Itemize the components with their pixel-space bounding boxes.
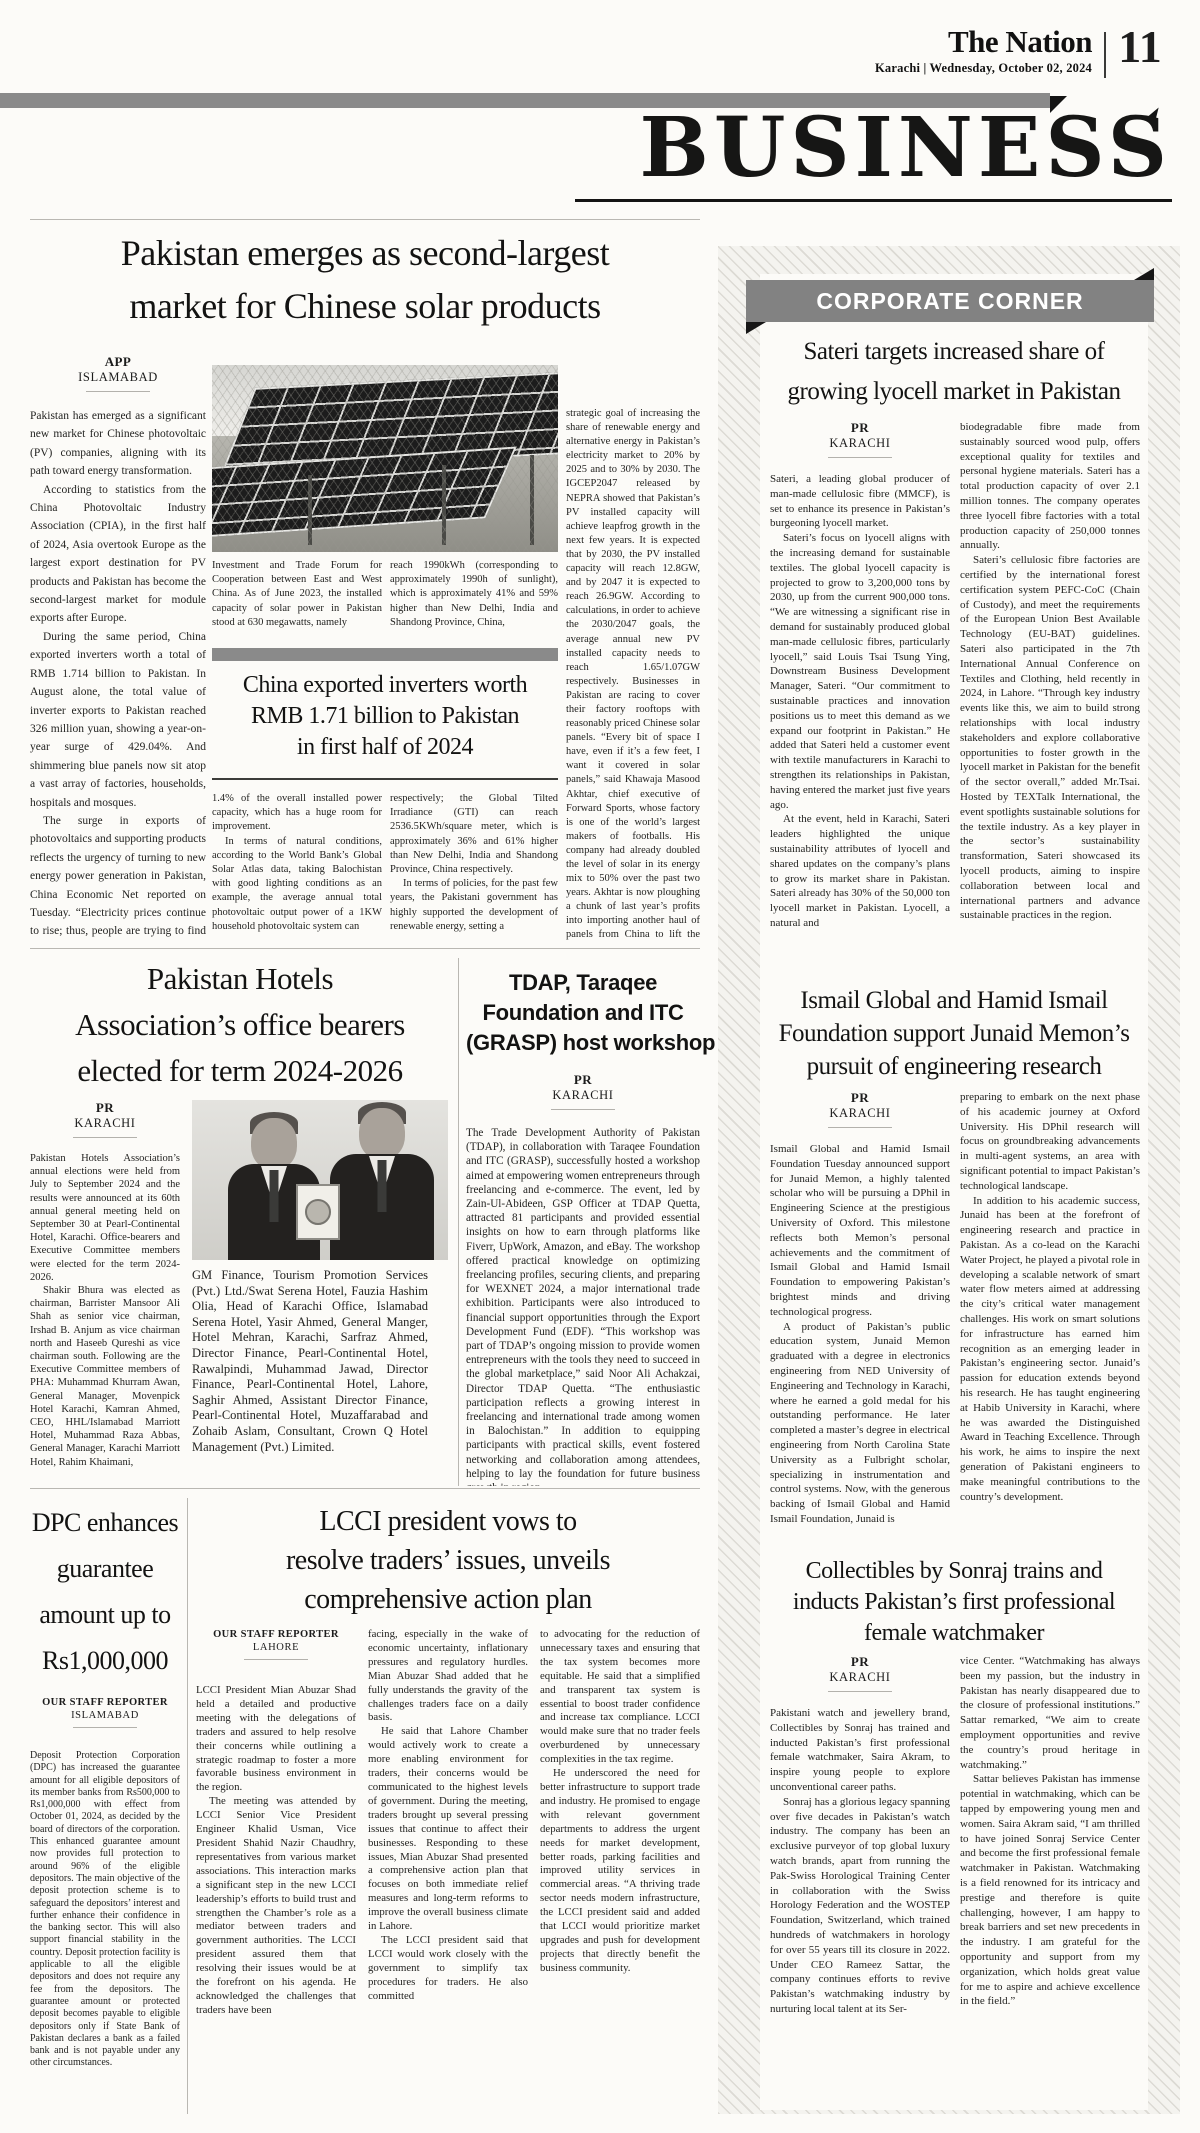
- solar-panels-photo: [212, 365, 558, 552]
- sateri-article-column-1: Sateri, a leading global producer of man…: [770, 472, 950, 968]
- byline-agency: PR: [30, 1100, 180, 1116]
- hotels-article-headline: Pakistan HotelsAssociation’s office bear…: [20, 956, 460, 1094]
- solar-article-headline: Pakistan emerges as second-largestmarket…: [30, 227, 700, 333]
- byline-agency: PR: [770, 1090, 950, 1106]
- solar-article-cont-b: respectively; the Global Tilted Irradian…: [390, 792, 558, 940]
- section-underline: [575, 199, 1172, 202]
- dpc-article-byline: OUR STAFF REPORTER ISLAMABAD: [28, 1696, 182, 1728]
- page-number: 11: [1108, 22, 1172, 72]
- tdap-article-body: The Trade Development Authority of Pakis…: [466, 1126, 700, 1486]
- pull-quote-text: China exported inverters worthRMB 1.71 b…: [212, 661, 558, 763]
- solar-pull-quote: China exported inverters worthRMB 1.71 b…: [212, 648, 558, 780]
- paper-name: The Nation: [700, 26, 1092, 58]
- byline-city: KARACHI: [30, 1116, 180, 1132]
- sateri-article-headline: Sateri targets increased share ofgrowing…: [762, 332, 1146, 412]
- byline-agency: APP: [30, 354, 206, 370]
- official-right: [330, 1108, 434, 1260]
- sonraj-article-column-2: vice Center. “Watchmaking has always bee…: [960, 1654, 1140, 2114]
- byline-agency: PR: [770, 420, 950, 436]
- pha-officials-photo: [192, 1100, 448, 1260]
- newspaper-page: The Nation Karachi | Wednesday, October …: [0, 0, 1200, 2133]
- sonraj-article-byline: PR KARACHI: [770, 1654, 950, 1692]
- divider: [30, 1488, 700, 1489]
- ismail-article-column-1: Ismail Global and Hamid Ismail Foundatio…: [770, 1142, 950, 1538]
- byline-city: ISLAMABAD: [28, 1709, 182, 1722]
- hotels-article-column-1: Pakistan Hotels Association’s annual ele…: [30, 1152, 180, 1484]
- man-tie: [378, 1160, 387, 1212]
- sonraj-article-headline: Collectibles by Sonraj trains andinducts…: [762, 1556, 1146, 1649]
- header-divider: [1104, 32, 1106, 78]
- lcci-article-column-2: facing, especially in the wake of econom…: [368, 1628, 528, 2116]
- byline-city: ISLAMABAD: [30, 370, 206, 386]
- byline-city: KARACHI: [770, 1106, 950, 1122]
- man-head: [359, 1108, 405, 1160]
- divider: [30, 219, 700, 220]
- tdap-article-byline: PR KARACHI: [466, 1072, 700, 1110]
- sonraj-article-column-1: Pakistani watch and jewellery brand, Col…: [770, 1706, 950, 2114]
- lcci-article-headline: LCCI president vows toresolve traders’ i…: [196, 1502, 700, 1619]
- section-title: BUSINESS: [540, 102, 1172, 194]
- byline-agency: OUR STAFF REPORTER: [196, 1628, 356, 1641]
- byline-agency: PR: [466, 1072, 700, 1088]
- man-head: [251, 1118, 297, 1170]
- dateline: Karachi | Wednesday, October 02, 2024: [700, 61, 1092, 76]
- lcci-article-column-3: to advocating for the reduction of unnec…: [540, 1628, 700, 2116]
- solar-article-underphoto-b: reach 1990kWh (corresponding to approxim…: [390, 559, 558, 645]
- solar-article-underphoto-a: Investment and Trade Forum for Cooperati…: [212, 559, 382, 645]
- sateri-article-byline: PR KARACHI: [770, 420, 950, 458]
- lcci-article-byline: OUR STAFF REPORTER LAHORE: [196, 1628, 356, 1660]
- byline-city: KARACHI: [466, 1088, 700, 1104]
- byline-agency: OUR STAFF REPORTER: [28, 1696, 182, 1709]
- man-tie: [270, 1170, 279, 1222]
- byline-city: LAHORE: [196, 1641, 356, 1654]
- hotels-article-byline: PR KARACHI: [30, 1100, 180, 1138]
- byline-agency: PR: [770, 1654, 950, 1670]
- pull-quote-bar: [212, 648, 558, 661]
- byline-city: KARACHI: [770, 1670, 950, 1686]
- column-divider: [187, 1498, 188, 2114]
- byline-city: KARACHI: [770, 436, 950, 452]
- award-medal-icon: [305, 1199, 331, 1225]
- lcci-article-column-1: LCCI President Mian Abuzar Shad held a d…: [196, 1684, 356, 2116]
- dpc-article-headline: DPC enhancesguaranteeamount up toRs1,000…: [28, 1500, 182, 1684]
- tdap-article-headline: TDAP, TaraqeeFoundation and ITC(GRASP) h…: [466, 968, 700, 1058]
- award-plaque: [296, 1184, 340, 1240]
- sateri-article-column-2: biodegradable fibre made from sustainabl…: [960, 420, 1140, 968]
- solar-article-byline: APP ISLAMABAD: [30, 354, 206, 392]
- photo-fence-texture: [212, 365, 558, 552]
- dpc-article-body: Deposit Protection Corporation (DPC) has…: [30, 1750, 180, 2116]
- solar-article-cont-a: 1.4% of the overall installed power capa…: [212, 792, 382, 940]
- solar-article-column-1: Pakistan has emerged as a significant ne…: [30, 407, 206, 940]
- ismail-article-byline: PR KARACHI: [770, 1090, 950, 1128]
- hotels-article-underphoto: GM Finance, Tourism Promotion Services (…: [192, 1268, 428, 1486]
- solar-article-column-4: strategic goal of increasing the share o…: [566, 407, 700, 940]
- masthead: The Nation Karachi | Wednesday, October …: [700, 26, 1092, 76]
- corporate-corner-ribbon: CORPORATE CORNER: [746, 280, 1154, 322]
- ismail-article-headline: Ismail Global and Hamid IsmailFoundation…: [762, 984, 1146, 1083]
- divider: [30, 948, 700, 949]
- ismail-article-column-2: preparing to embark on the next phase of…: [960, 1090, 1140, 1538]
